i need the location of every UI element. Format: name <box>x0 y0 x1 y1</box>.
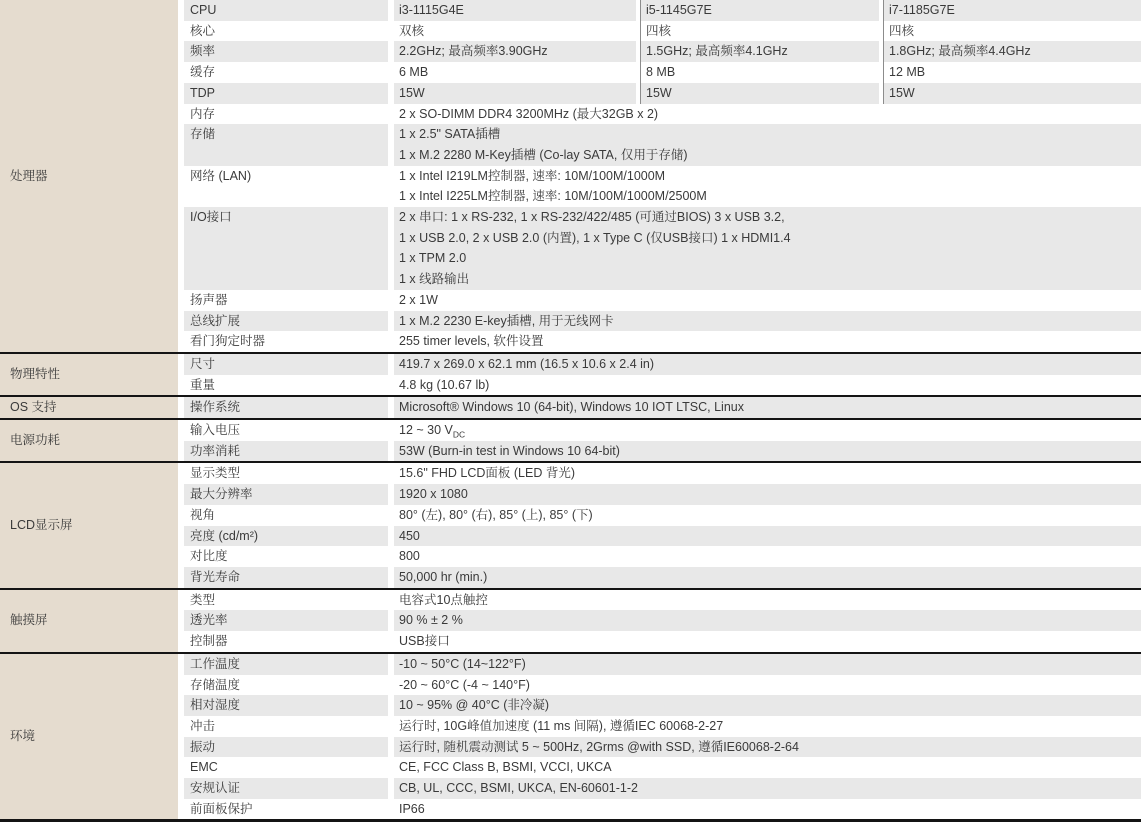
spec-value-text: 2 x SO-DIMM DDR4 3200MHz (最大32GB x 2) <box>399 107 658 121</box>
spec-name: 网络 (LAN) <box>184 166 388 207</box>
spec-row: 网络 (LAN)1 x Intel I219LM控制器, 速率: 10M/100… <box>184 166 1141 207</box>
spec-row: 内存2 x SO-DIMM DDR4 3200MHz (最大32GB x 2) <box>184 104 1141 125</box>
spec-value-text: -20 ~ 60°C (-4 ~ 140°F) <box>399 678 530 692</box>
spec-value: 800 <box>394 546 1141 567</box>
section-os-support: OS 支持操作系统Microsoft® Windows 10 (64-bit),… <box>0 395 1141 418</box>
category-cell-power-consumption: 电源功耗 <box>0 420 178 461</box>
spec-value-text: 12 ~ 30 V <box>399 423 453 437</box>
spec-row: EMCCE, FCC Class B, BSMI, VCCI, UKCA <box>184 757 1141 778</box>
spec-value-cpu-2: 四核 <box>640 21 879 42</box>
spec-row: 重量4.8 kg (10.67 lb) <box>184 375 1141 396</box>
spec-name: 类型 <box>184 590 388 611</box>
spec-value-text: 90 % ± 2 % <box>399 613 463 627</box>
spec-value: 255 timer levels, 软件设置 <box>394 331 1141 352</box>
spec-table: 处理器CPUi3-1115G4Ei5-1145G7Ei7-1185G7E核心双核… <box>0 0 1141 822</box>
spec-value: 50,000 hr (min.) <box>394 567 1141 588</box>
spec-name: 控制器 <box>184 631 388 652</box>
spec-values: 6 MB8 MB12 MB <box>394 62 1141 83</box>
spec-value-cpu-1: 15W <box>394 83 636 104</box>
spec-value: CE, FCC Class B, BSMI, VCCI, UKCA <box>394 757 1141 778</box>
spec-value-text: 运行时, 随机震动测试 5 ~ 500Hz, 2Grms @with SSD, … <box>399 740 799 754</box>
spec-name: 操作系统 <box>184 397 388 418</box>
spec-row: 类型电容式10点触控 <box>184 590 1141 611</box>
spec-name: 背光寿命 <box>184 567 388 588</box>
section-rows: 显示类型15.6" FHD LCD面板 (LED 背光)最大分辨率1920 x … <box>184 463 1141 587</box>
spec-value: 2 x 1W <box>394 290 1141 311</box>
spec-name: 输入电压 <box>184 420 388 441</box>
spec-values: 2.2GHz; 最高频率3.90GHz1.5GHz; 最高频率4.1GHz1.8… <box>394 41 1141 62</box>
spec-name: 内存 <box>184 104 388 125</box>
spec-row: 总线扩展1 x M.2 2230 E-key插槽, 用于无线网卡 <box>184 311 1141 332</box>
spec-value: 1 x M.2 2230 E-key插槽, 用于无线网卡 <box>394 311 1141 332</box>
spec-value: 53W (Burn-in test in Windows 10 64-bit) <box>394 441 1141 462</box>
category-label: LCD显示屏 <box>10 515 73 536</box>
spec-values: 15W15W15W <box>394 83 1141 104</box>
spec-value-cpu-2: 1.5GHz; 最高频率4.1GHz <box>640 41 879 62</box>
spec-value: 419.7 x 269.0 x 62.1 mm (16.5 x 10.6 x 2… <box>394 354 1141 375</box>
spec-name: 功率消耗 <box>184 441 388 462</box>
spec-value: Microsoft® Windows 10 (64-bit), Windows … <box>394 397 1141 418</box>
spec-row: 控制器USB接口 <box>184 631 1141 652</box>
spec-name: 视角 <box>184 505 388 526</box>
spec-name: 存储 <box>184 124 388 165</box>
section-rows: CPUi3-1115G4Ei5-1145G7Ei7-1185G7E核心双核四核四… <box>184 0 1141 352</box>
category-cell-lcd-display: LCD显示屏 <box>0 463 178 587</box>
spec-row: 背光寿命50,000 hr (min.) <box>184 567 1141 588</box>
spec-name: 看门狗定时器 <box>184 331 388 352</box>
spec-value: USB接口 <box>394 631 1141 652</box>
spec-row: CPUi3-1115G4Ei5-1145G7Ei7-1185G7E <box>184 0 1141 21</box>
spec-row: 视角80° (左), 80° (右), 85° (上), 85° (下) <box>184 505 1141 526</box>
spec-value-text: Microsoft® Windows 10 (64-bit), Windows … <box>399 400 744 414</box>
spec-name: 透光率 <box>184 610 388 631</box>
spec-row: 前面板保护IP66 <box>184 799 1141 820</box>
category-label: 电源功耗 <box>10 430 60 451</box>
spec-value: 90 % ± 2 % <box>394 610 1141 631</box>
spec-value: -20 ~ 60°C (-4 ~ 140°F) <box>394 675 1141 696</box>
spec-value-text: IP66 <box>399 802 425 816</box>
spec-name: 振动 <box>184 737 388 758</box>
spec-value-cpu-2: 8 MB <box>640 62 879 83</box>
spec-value: 1 x 2.5" SATA插槽 1 x M.2 2280 M-Key插槽 (Co… <box>394 124 1141 165</box>
spec-row: 看门狗定时器255 timer levels, 软件设置 <box>184 331 1141 352</box>
spec-name: 总线扩展 <box>184 311 388 332</box>
spec-name: CPU <box>184 0 388 21</box>
section-rows: 尺寸419.7 x 269.0 x 62.1 mm (16.5 x 10.6 x… <box>184 354 1141 395</box>
spec-value-cpu-2: i5-1145G7E <box>640 0 879 21</box>
spec-row: 亮度 (cd/m²)450 <box>184 526 1141 547</box>
spec-value-text: USB接口 <box>399 634 450 648</box>
spec-value: 运行时, 10G峰值加速度 (11 ms 间隔), 遵循IEC 60068-2-… <box>394 716 1141 737</box>
spec-row: 扬声器2 x 1W <box>184 290 1141 311</box>
category-label: 触摸屏 <box>10 610 48 631</box>
category-label: 环境 <box>10 726 35 747</box>
spec-value-text: 1 x Intel I219LM控制器, 速率: 10M/100M/1000M … <box>399 169 707 204</box>
spec-name: 缓存 <box>184 62 388 83</box>
spec-row: I/O接口2 x 串口: 1 x RS-232, 1 x RS-232/422/… <box>184 207 1141 290</box>
spec-name: 重量 <box>184 375 388 396</box>
spec-value-cpu-1: 6 MB <box>394 62 636 83</box>
category-cell-processor: 处理器 <box>0 0 178 352</box>
spec-value-text: 1 x M.2 2230 E-key插槽, 用于无线网卡 <box>399 314 614 328</box>
spec-value: 1920 x 1080 <box>394 484 1141 505</box>
spec-row: 操作系统Microsoft® Windows 10 (64-bit), Wind… <box>184 397 1141 418</box>
spec-value-text: 50,000 hr (min.) <box>399 570 487 584</box>
spec-value-cpu-1: i3-1115G4E <box>394 0 636 21</box>
spec-value: 运行时, 随机震动测试 5 ~ 500Hz, 2Grms @with SSD, … <box>394 737 1141 758</box>
spec-name: 显示类型 <box>184 463 388 484</box>
spec-value-cpu-1: 2.2GHz; 最高频率3.90GHz <box>394 41 636 62</box>
spec-value: 4.8 kg (10.67 lb) <box>394 375 1141 396</box>
section-rows: 工作温度-10 ~ 50°C (14~122°F)存储温度-20 ~ 60°C … <box>184 654 1141 820</box>
spec-name: 扬声器 <box>184 290 388 311</box>
spec-value-text: 4.8 kg (10.67 lb) <box>399 378 489 392</box>
spec-values: 双核四核四核 <box>394 21 1141 42</box>
spec-name: 安规认证 <box>184 778 388 799</box>
category-cell-os-support: OS 支持 <box>0 397 178 418</box>
spec-row: 相对湿度10 ~ 95% @ 40°C (非冷凝) <box>184 695 1141 716</box>
spec-value-text: 2 x 1W <box>399 293 438 307</box>
spec-name: TDP <box>184 83 388 104</box>
section-physical-characteristics: 物理特性尺寸419.7 x 269.0 x 62.1 mm (16.5 x 10… <box>0 352 1141 395</box>
spec-value-subscript: DC <box>453 430 465 440</box>
spec-row: 安规认证CB, UL, CCC, BSMI, UKCA, EN-60601-1-… <box>184 778 1141 799</box>
spec-name: 冲击 <box>184 716 388 737</box>
spec-value-text: 800 <box>399 549 420 563</box>
spec-name: 核心 <box>184 21 388 42</box>
spec-row: 冲击运行时, 10G峰值加速度 (11 ms 间隔), 遵循IEC 60068-… <box>184 716 1141 737</box>
spec-value: 80° (左), 80° (右), 85° (上), 85° (下) <box>394 505 1141 526</box>
spec-value-text: 10 ~ 95% @ 40°C (非冷凝) <box>399 698 549 712</box>
spec-row: 存储1 x 2.5" SATA插槽 1 x M.2 2280 M-Key插槽 (… <box>184 124 1141 165</box>
spec-row: 输入电压12 ~ 30 VDC <box>184 420 1141 441</box>
spec-row: 频率2.2GHz; 最高频率3.90GHz1.5GHz; 最高频率4.1GHz1… <box>184 41 1141 62</box>
spec-value: -10 ~ 50°C (14~122°F) <box>394 654 1141 675</box>
spec-value-cpu-3: i7-1185G7E <box>883 0 1141 21</box>
spec-value: 10 ~ 95% @ 40°C (非冷凝) <box>394 695 1141 716</box>
category-label: OS 支持 <box>10 397 57 418</box>
category-cell-environment: 环境 <box>0 654 178 820</box>
section-rows: 操作系统Microsoft® Windows 10 (64-bit), Wind… <box>184 397 1141 418</box>
spec-row: 功率消耗53W (Burn-in test in Windows 10 64-b… <box>184 441 1141 462</box>
spec-name: 工作温度 <box>184 654 388 675</box>
section-power-consumption: 电源功耗输入电压12 ~ 30 VDC功率消耗53W (Burn-in test… <box>0 418 1141 461</box>
section-environment: 环境工作温度-10 ~ 50°C (14~122°F)存储温度-20 ~ 60°… <box>0 652 1141 820</box>
category-label: 物理特性 <box>10 364 60 385</box>
section-rows: 类型电容式10点触控透光率90 % ± 2 %控制器USB接口 <box>184 590 1141 652</box>
section-touch-screen: 触摸屏类型电容式10点触控透光率90 % ± 2 %控制器USB接口 <box>0 588 1141 652</box>
spec-value: 电容式10点触控 <box>394 590 1141 611</box>
spec-value: IP66 <box>394 799 1141 820</box>
spec-row: 存储温度-20 ~ 60°C (-4 ~ 140°F) <box>184 675 1141 696</box>
spec-values: i3-1115G4Ei5-1145G7Ei7-1185G7E <box>394 0 1141 21</box>
spec-value-text: 1 x 2.5" SATA插槽 1 x M.2 2280 M-Key插槽 (Co… <box>399 127 687 162</box>
spec-value: 12 ~ 30 VDC <box>394 420 1141 441</box>
spec-name: 存储温度 <box>184 675 388 696</box>
spec-value-text: -10 ~ 50°C (14~122°F) <box>399 657 526 671</box>
section-processor: 处理器CPUi3-1115G4Ei5-1145G7Ei7-1185G7E核心双核… <box>0 0 1141 352</box>
spec-row: 最大分辨率1920 x 1080 <box>184 484 1141 505</box>
spec-row: 核心双核四核四核 <box>184 21 1141 42</box>
spec-value: 15.6" FHD LCD面板 (LED 背光) <box>394 463 1141 484</box>
spec-value-cpu-1: 双核 <box>394 21 636 42</box>
spec-value-text: 1920 x 1080 <box>399 487 468 501</box>
spec-row: 对比度800 <box>184 546 1141 567</box>
spec-name: I/O接口 <box>184 207 388 290</box>
spec-value-cpu-2: 15W <box>640 83 879 104</box>
spec-name: 频率 <box>184 41 388 62</box>
spec-row: 透光率90 % ± 2 % <box>184 610 1141 631</box>
spec-value-text: 419.7 x 269.0 x 62.1 mm (16.5 x 10.6 x 2… <box>399 357 654 371</box>
category-label: 处理器 <box>10 166 48 187</box>
spec-value-cpu-3: 1.8GHz; 最高频率4.4GHz <box>883 41 1141 62</box>
section-lcd-display: LCD显示屏显示类型15.6" FHD LCD面板 (LED 背光)最大分辨率1… <box>0 461 1141 587</box>
spec-value-text: 80° (左), 80° (右), 85° (上), 85° (下) <box>399 508 593 522</box>
spec-value-text: CE, FCC Class B, BSMI, VCCI, UKCA <box>399 760 612 774</box>
spec-value-text: 53W (Burn-in test in Windows 10 64-bit) <box>399 444 620 458</box>
category-cell-physical-characteristics: 物理特性 <box>0 354 178 395</box>
spec-value: CB, UL, CCC, BSMI, UKCA, EN-60601-1-2 <box>394 778 1141 799</box>
spec-value-text: 15.6" FHD LCD面板 (LED 背光) <box>399 466 575 480</box>
spec-value-text: 运行时, 10G峰值加速度 (11 ms 间隔), 遵循IEC 60068-2-… <box>399 719 723 733</box>
section-rows: 输入电压12 ~ 30 VDC功率消耗53W (Burn-in test in … <box>184 420 1141 461</box>
spec-name: 前面板保护 <box>184 799 388 820</box>
category-cell-touch-screen: 触摸屏 <box>0 590 178 652</box>
spec-value-cpu-3: 12 MB <box>883 62 1141 83</box>
spec-row: 振动运行时, 随机震动测试 5 ~ 500Hz, 2Grms @with SSD… <box>184 737 1141 758</box>
spec-name: 亮度 (cd/m²) <box>184 526 388 547</box>
spec-row: TDP15W15W15W <box>184 83 1141 104</box>
spec-row: 显示类型15.6" FHD LCD面板 (LED 背光) <box>184 463 1141 484</box>
spec-row: 尺寸419.7 x 269.0 x 62.1 mm (16.5 x 10.6 x… <box>184 354 1141 375</box>
spec-name: 最大分辨率 <box>184 484 388 505</box>
spec-name: EMC <box>184 757 388 778</box>
spec-value-text: 电容式10点触控 <box>399 593 488 607</box>
spec-row: 缓存6 MB8 MB12 MB <box>184 62 1141 83</box>
spec-value-cpu-3: 15W <box>883 83 1141 104</box>
spec-value-text: 450 <box>399 529 420 543</box>
spec-value-cpu-3: 四核 <box>883 21 1141 42</box>
spec-value: 2 x SO-DIMM DDR4 3200MHz (最大32GB x 2) <box>394 104 1141 125</box>
spec-name: 尺寸 <box>184 354 388 375</box>
spec-value-text: 2 x 串口: 1 x RS-232, 1 x RS-232/422/485 (… <box>399 210 791 286</box>
spec-name: 相对湿度 <box>184 695 388 716</box>
spec-row: 工作温度-10 ~ 50°C (14~122°F) <box>184 654 1141 675</box>
spec-value: 450 <box>394 526 1141 547</box>
spec-value-text: 255 timer levels, 软件设置 <box>399 334 543 348</box>
spec-name: 对比度 <box>184 546 388 567</box>
spec-value: 1 x Intel I219LM控制器, 速率: 10M/100M/1000M … <box>394 166 1141 207</box>
spec-value-text: CB, UL, CCC, BSMI, UKCA, EN-60601-1-2 <box>399 781 638 795</box>
spec-value: 2 x 串口: 1 x RS-232, 1 x RS-232/422/485 (… <box>394 207 1141 290</box>
